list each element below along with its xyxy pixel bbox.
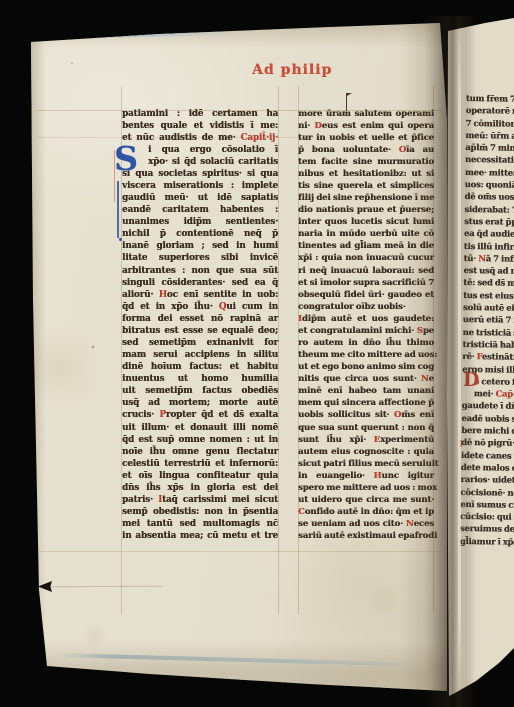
body-text: idete canes ui [461, 450, 514, 461]
table-edge-highlight [52, 30, 234, 38]
table-edge-highlight [58, 653, 430, 667]
body-text: nitis que circa uos sunt· [298, 374, 421, 384]
body-text: nibus et hesitationibz: ut si [298, 169, 434, 179]
text-line: mei tantū sed multomagis nc̄ [122, 518, 278, 530]
body-text: et congratulamini michi· [298, 326, 417, 336]
body-text: m̄s enī [401, 410, 434, 420]
text-line: arbitrantes : non que sua sūt [122, 265, 278, 277]
body-text: crucis· [122, 410, 159, 420]
text-line: inuentus ut homo humilia [122, 373, 278, 385]
text-line: in euangelio· Hunc igitur [298, 470, 434, 482]
body-text: bere michi qui [461, 425, 514, 436]
rubric-text: Cap̄·iij· [495, 389, 514, 399]
text-line: tē: sed ds̄ miser [463, 276, 514, 289]
text-line: ea q̄d audiera [464, 227, 514, 240]
text-line: dio nationis praue et p̄uerse; [298, 204, 434, 216]
body-text: unanimes idip̄m sentientes· [122, 217, 278, 227]
text-line: forma dei esset nō rapinā ar [122, 313, 278, 325]
body-text: rarios· uidete [461, 474, 514, 485]
text-line: usq̄ ad mortem; morte autē [122, 397, 278, 409]
text-line: gl̄iamur ī xp̄o [460, 535, 514, 548]
body-text: cūcisio: qui sp̄ū [460, 511, 514, 522]
text-line: stus erat p̄pter [464, 215, 514, 228]
text-line: unanimes idip̄m sentientes· [122, 216, 278, 228]
text-line: mee· mittere ad [465, 166, 514, 179]
text-line: gaudete ī dn̄o· [462, 399, 514, 412]
text-line: filij dei sine rep̄hensione ī me [298, 192, 434, 204]
body-text: mei tantū sed multomagis nc̄ [122, 519, 278, 529]
body-text: ut uidero que circa me sunt· [298, 495, 434, 505]
body-text: xperimentū [380, 435, 434, 445]
body-text: ap̄lm̄ 7 ministrū [465, 142, 514, 153]
body-text: ne tristiciā sup̄ [463, 327, 514, 338]
body-text: patiamini : idē certamen ha [122, 109, 278, 119]
text-line: celestiū terrestriū et infernorū: [122, 458, 278, 470]
body-text: obsequiū fidei ūri· gaudeo et [298, 290, 434, 300]
text-line: tis sine querela et simplices [298, 180, 434, 192]
text-line: crucis· Propter q̄d et ds̄ exalta [122, 409, 278, 421]
body-text: e cetero fr̄es [474, 376, 514, 387]
body-text: inter quos lucetis sicut lumi [298, 217, 434, 227]
body-text: uit semetip̄m factus obediēs [122, 386, 278, 396]
body-text: singuli cōsiderantes· sed ea q̄ [122, 278, 278, 288]
text-line: nitis que circa uos sunt· Ne [298, 373, 434, 385]
body-text: enī sumus cir [460, 499, 514, 510]
text-line: uobis sollicitus sit· Om̄s enī [298, 409, 434, 421]
rubric-text: D [314, 121, 321, 131]
text-line: patris· Itaq̄ carissimi mei sicut [122, 494, 278, 506]
text-line: bitratus est esse se equalē deo; [122, 325, 278, 337]
body-text: inuentus ut homo humilia [122, 374, 278, 384]
text-column-right: more ūram salutem operamini· Deus est en… [298, 108, 434, 543]
text-line: rē· Festinātius [462, 350, 514, 363]
body-text: q̄d et in xp̄o ih̄u· [122, 302, 219, 312]
body-text: sariū autē existimaui epafrodi [298, 531, 437, 541]
body-text: mem qui sincera affectione p̄ [298, 398, 434, 408]
body-text: ut et ego bono animo sim cog [298, 362, 434, 372]
illuminated-initial: S [114, 142, 138, 175]
text-column-recto: tum fr̄em 7 cooperatorē meū7 cōmilitonēm… [460, 92, 514, 548]
rubric-text: N [478, 253, 486, 263]
text-line: et oīs lingua confiteatur quia [122, 470, 278, 482]
body-text: gaudiū meū· ut idē sapiatis [122, 193, 278, 203]
text-line: seruimus deo 7 [460, 522, 514, 535]
body-text: ea q̄d audiera [464, 228, 514, 239]
text-line: cōcisionē· nos [460, 485, 514, 498]
body-text: minē enī habeo tam unani [298, 386, 434, 396]
text-line: naria in mūdo uerbū uite cō [298, 228, 434, 240]
text-line: ap̄lm̄ 7 ministrū [465, 141, 514, 154]
body-text: uit illum· et donauit illi nomē [122, 423, 278, 433]
body-text: uobis sollicitus sit· [298, 410, 394, 420]
text-line: meū: ūr̄m autē [465, 129, 514, 142]
text-line: idete canes ui [461, 449, 514, 462]
body-text: celestiū terrestriū et infernorū: [122, 459, 278, 469]
body-text: et oīs lingua confiteatur quia [122, 471, 278, 481]
text-line: ne tristiciā sup̄ [463, 326, 514, 339]
body-text: taq̄ carissimi mei sicut [162, 495, 278, 505]
body-text: congratulor oībz uobis· [298, 302, 406, 312]
body-text: eandē caritatem habentes : [122, 205, 278, 215]
body-text: tur in uobis et uelle et p̄fice [298, 133, 434, 143]
text-line: tristiciā habe [462, 338, 514, 351]
rubric-text: C [298, 507, 305, 517]
body-text: tinentes ad gl̄iam meā in die [298, 241, 434, 251]
rubric-text: N [406, 519, 414, 529]
text-line: tus est eius· nō [463, 289, 514, 302]
body-text: eces [414, 519, 434, 529]
body-text: 7 cōmilitonē [466, 118, 514, 129]
body-text: et si īmolor supra sacrificiū 7 [298, 278, 434, 288]
text-line: 7 cōmilitonē [465, 117, 514, 130]
recto-red-paraph [460, 440, 462, 447]
body-text: ni· [298, 121, 314, 131]
body-text: gaudete ī dn̄o· [462, 400, 514, 411]
text-line: more ūram salutem operami [298, 108, 434, 120]
text-line: tur in uobis et uelle et p̄fice [298, 132, 434, 144]
body-text: est usq̄ ad mor [463, 265, 514, 276]
text-line: uit semetip̄m factus obediēs [122, 385, 278, 397]
text-line: enī sumus cir [460, 498, 514, 511]
text-line: p̄ bona uoluntate· Oīa au [298, 144, 434, 156]
body-text: arbitrantes : non que sua sūt [122, 266, 278, 276]
body-text: tristiciā habe [462, 339, 514, 350]
text-line: gaudiū meū· ut idē sapiatis [122, 192, 278, 204]
text-line: in absentia mea; cū metu et tre [122, 530, 278, 542]
body-text: rē· [462, 351, 476, 361]
body-text: tē: sed ds̄ miser [463, 277, 514, 288]
body-text: more ūram salutem operami [298, 109, 434, 119]
body-text: sicut patri filius mecū seruiuit [298, 459, 439, 469]
body-text: estinātius [482, 351, 514, 362]
text-line: ut et ego bono animo sim cog [298, 361, 434, 373]
text-line: sicut patri filius mecū seruiuit [298, 458, 434, 470]
text-line: minē enī habeo tam unani [298, 385, 434, 397]
text-line: necessitatis [465, 153, 514, 166]
text-line: dē nō pigrū· V [461, 436, 514, 449]
body-text: pe [423, 326, 434, 336]
ruling-line [278, 86, 279, 614]
text-line: operatorē meū [466, 104, 514, 117]
text-line: nibus et hesitationibz: ut si [298, 168, 434, 180]
body-text: īa au [406, 145, 434, 155]
body-text: dē nō pigrū· [461, 437, 514, 448]
body-text: xp̄o· si q̄d solaciū caritatis [148, 157, 278, 167]
text-line: q̄d est sup̄ omne nomen : ut in [122, 434, 278, 446]
text-line: cūcisio: qui sp̄ū [460, 510, 514, 523]
text-line: dē om̄s uos de [464, 190, 514, 203]
text-line: aliorū· Hoc enī sentite in uob: [122, 289, 278, 301]
body-text: viscera miserationis : implete [122, 181, 278, 191]
rubric-text: N [421, 374, 429, 384]
ruling-line [36, 551, 442, 552]
body-text: stus erat p̄pter [464, 216, 514, 227]
text-line: ro autem in dn̄o ih̄u thimo [298, 337, 434, 349]
text-line: q̄d et in xp̄o ih̄u· Qui cum in [122, 301, 278, 313]
text-line: i qua ergo cōsolatio ī [122, 144, 278, 156]
rubric-text: H [159, 290, 167, 300]
text-line: tis illū infirma [464, 240, 514, 253]
body-text: dip̄m autē et uos gaudete: [302, 314, 434, 324]
body-text: patris· [122, 495, 158, 505]
body-text: operatorē meū [466, 105, 514, 116]
body-text: necessitatis [465, 154, 514, 165]
text-line: que sua sunt querunt : non q̄ [298, 422, 434, 434]
body-text: in euangelio· [298, 471, 374, 481]
body-text: meū: ūr̄m autē [465, 130, 514, 141]
body-text: solū autē eius: [463, 302, 514, 313]
text-line: ri neq̄ inuacuū laboraui: sed [298, 265, 434, 277]
body-text: forma dei esset nō rapinā ar [122, 314, 278, 324]
body-text: e [429, 374, 434, 384]
text-line: mam serui accipiens in silitu [122, 349, 278, 361]
body-text: inanē gloriam ; sed in humi [122, 241, 278, 251]
running-title: Ad philip [252, 62, 332, 78]
body-text: sunt ih̄u xp̄i· [298, 435, 374, 445]
text-line: inanē gloriam ; sed in humi [122, 240, 278, 252]
body-text: cōcisionē· nos [460, 486, 514, 497]
text-line: xp̄i : quia non inuacuū cucur [298, 252, 434, 264]
body-text: eus est enim qui opera [322, 121, 434, 131]
text-line: nichil p̄ contentionē neq̄ p̄ [122, 228, 278, 240]
body-text: tū· [464, 253, 479, 263]
body-text: se ueniam ad uos cito· [298, 519, 406, 529]
initial-penwork-tail [117, 181, 119, 238]
text-line: uos: quoniā qui [465, 178, 514, 191]
body-text: et nūc audistis de me· [122, 133, 240, 143]
text-line: mem qui sincera affectione p̄ [298, 397, 434, 409]
rubric-text: Capit̄·ij· [240, 133, 278, 143]
text-line: eandē caritatem habentes : [122, 204, 278, 216]
text-line: sariū autē existimaui epafrodi [298, 530, 434, 542]
body-text: xp̄i : quia non inuacuū cucur [298, 253, 434, 263]
body-text: bentes quale et vidistis ī me: [122, 121, 278, 131]
text-line: eadē uobis scri [461, 412, 514, 425]
body-text: in absentia mea; cū metu et tre [122, 531, 278, 541]
text-line: uit illum· et donauit illi nomē [122, 422, 278, 434]
text-line: tū· Nā 7 infirmatus [464, 252, 514, 265]
text-column-left: patiamini : idē certamen habentes quale … [122, 108, 278, 543]
text-line: spero me mittere ad uos : mox [298, 482, 434, 494]
body-text: ā 7 infirmatus [486, 253, 514, 264]
text-line: est usq̄ ad mor [463, 264, 514, 277]
body-text: spero me mittere ad uos : mox [298, 483, 437, 493]
body-text: i qua ergo cōsolatio ī [148, 145, 278, 155]
body-text: q̄d est sup̄ omne nomen : ut in [122, 435, 278, 445]
body-text: sed semetip̄m exinanivit for [122, 338, 278, 348]
body-text: ro autem in dn̄o ih̄u thimo [298, 338, 434, 348]
body-text: oc enī sentite in uob: [167, 290, 278, 300]
body-text: mam serui accipiens in silitu [122, 350, 278, 360]
body-text: naria in mūdo uerbū uite cō [298, 229, 434, 239]
text-line: theum me cito mittere ad uos: [298, 349, 434, 361]
text-line: litate superiores sibi invicē [122, 252, 278, 264]
text-line: tinentes ad gl̄iam meā in die [298, 240, 434, 252]
text-line: Idip̄m autē et uos gaudete: [298, 313, 434, 325]
text-line: bentes quale et vidistis ī me: [122, 120, 278, 132]
manuscript-left-page: Ad philip patiamini : idē certamen haben… [0, 0, 514, 707]
text-line: patiamini : idē certamen ha [122, 108, 278, 120]
text-line: noīe ih̄u omne genu flectatur [122, 446, 278, 458]
body-text: dē om̄s uos de [464, 191, 514, 202]
body-text: aliorū· [122, 290, 159, 300]
body-text: uerū etiā 7 mei [463, 314, 514, 325]
text-line: autem eius cognoscite : quia [298, 446, 434, 458]
text-line: se ueniam ad uos cito· Neces [298, 518, 434, 530]
text-line: viscera miserationis : implete [122, 180, 278, 192]
text-line: tum fr̄em 7 co [466, 92, 514, 105]
body-text: mee· mittere ad [465, 167, 514, 178]
text-line: solū autē eius: [463, 301, 514, 314]
text-line: bere michi qui [461, 424, 514, 437]
book-photo: Ad philip patiamini : idē certamen haben… [0, 0, 514, 707]
body-text: filij dei sine rep̄hensione ī me [298, 193, 434, 203]
body-text: seruimus deo 7 [460, 523, 514, 534]
body-text: litate superiores sibi invicē [122, 253, 278, 263]
rubric-text: O [399, 145, 406, 155]
text-line: xp̄o· si q̄d solaciū caritatis [122, 156, 278, 168]
body-text: theum me cito mittere ad uos: [298, 350, 437, 360]
body-text: noīe ih̄u omne genu flectatur [122, 447, 278, 457]
text-line: singuli cōsiderantes· sed ea q̄ [122, 277, 278, 289]
body-text: eadē uobis scri [461, 413, 514, 424]
body-text: dio nationis praue et p̄uerse; [298, 205, 434, 215]
text-line: ni· Deus est enim qui opera [298, 120, 434, 132]
body-text: que sua sunt querunt : non q̄ [298, 423, 434, 433]
text-line: congratulor oībz uobis· [298, 301, 434, 313]
body-text: p̄ bona uoluntate· [298, 145, 399, 155]
body-text: usq̄ ad mortem; morte autē [122, 398, 278, 408]
text-line: et nūc audistis de me· Capit̄·ij· [122, 132, 278, 144]
body-text: dinē hoīum factus: et habitu [122, 362, 278, 372]
body-text: dete malos ope [461, 462, 514, 473]
text-line: dn̄s ih̄s xp̄s in gloria est dei [122, 482, 278, 494]
text-line: si qua societas spiritus· si qua [122, 168, 278, 180]
text-line: et congratulamini michi· Spe [298, 325, 434, 337]
body-text: siderabat: 7 me [464, 204, 514, 215]
body-text: onfido autē in dn̄o: q̄m et ip [305, 507, 434, 517]
text-line: ut uidero que circa me sunt· [298, 494, 434, 506]
body-text: tus est eius· nō [463, 290, 514, 301]
text-line: Confido autē in dn̄o: q̄m et ip [298, 506, 434, 518]
initial-penwork-dot [119, 238, 122, 241]
text-line: obsequiū fidei ūri· gaudeo et [298, 289, 434, 301]
body-text: gl̄iamur ī xp̄o [460, 536, 514, 547]
body-text: tem facite sine murmuratio [298, 157, 434, 167]
body-text: semp̄ obedistis: non in p̄sentia [122, 507, 278, 517]
text-line: sunt ih̄u xp̄i· Experimentū [298, 434, 434, 446]
text-line: dete malos ope [461, 461, 514, 474]
body-text: unc igitur [382, 471, 434, 481]
body-text: tis illū infirma [464, 241, 514, 252]
text-line: siderabat: 7 me [464, 203, 514, 216]
body-text: si qua societas spiritus· si qua [122, 169, 278, 179]
text-line: inter quos lucetis sicut lumi [298, 216, 434, 228]
body-text: tis sine querela et simplices [298, 181, 434, 191]
text-line: sed semetip̄m exinanivit for [122, 337, 278, 349]
body-text: uos: quoniā qui [465, 179, 514, 190]
text-line: dinē hoīum factus: et habitu [122, 361, 278, 373]
body-text: autem eius cognoscite : quia [298, 447, 434, 457]
body-text: tum fr̄em 7 co [466, 93, 514, 104]
body-text: dn̄s ih̄s xp̄s in gloria est dei [122, 483, 278, 493]
parchment-crease [50, 586, 162, 588]
body-text: ri neq̄ inuacuū laboraui: sed [298, 266, 434, 276]
body-text: nichil p̄ contentionē neq̄ p̄ [122, 229, 278, 239]
text-line: rarios· uidete [461, 473, 514, 486]
rubric-text: H [374, 471, 382, 481]
text-line: et si īmolor supra sacrificiū 7 [298, 277, 434, 289]
text-line: uerū etiā 7 mei [463, 313, 514, 326]
body-text: ui cum in [226, 302, 278, 312]
text-line: semp̄ obedistis: non in p̄sentia [122, 506, 278, 518]
recto-illuminated-initial: D [463, 371, 480, 390]
body-text: bitratus est esse se equalē deo; [122, 326, 278, 336]
text-line: tem facite sine murmuratio [298, 156, 434, 168]
body-text: ropter q̄d et ds̄ exalta [166, 410, 278, 420]
